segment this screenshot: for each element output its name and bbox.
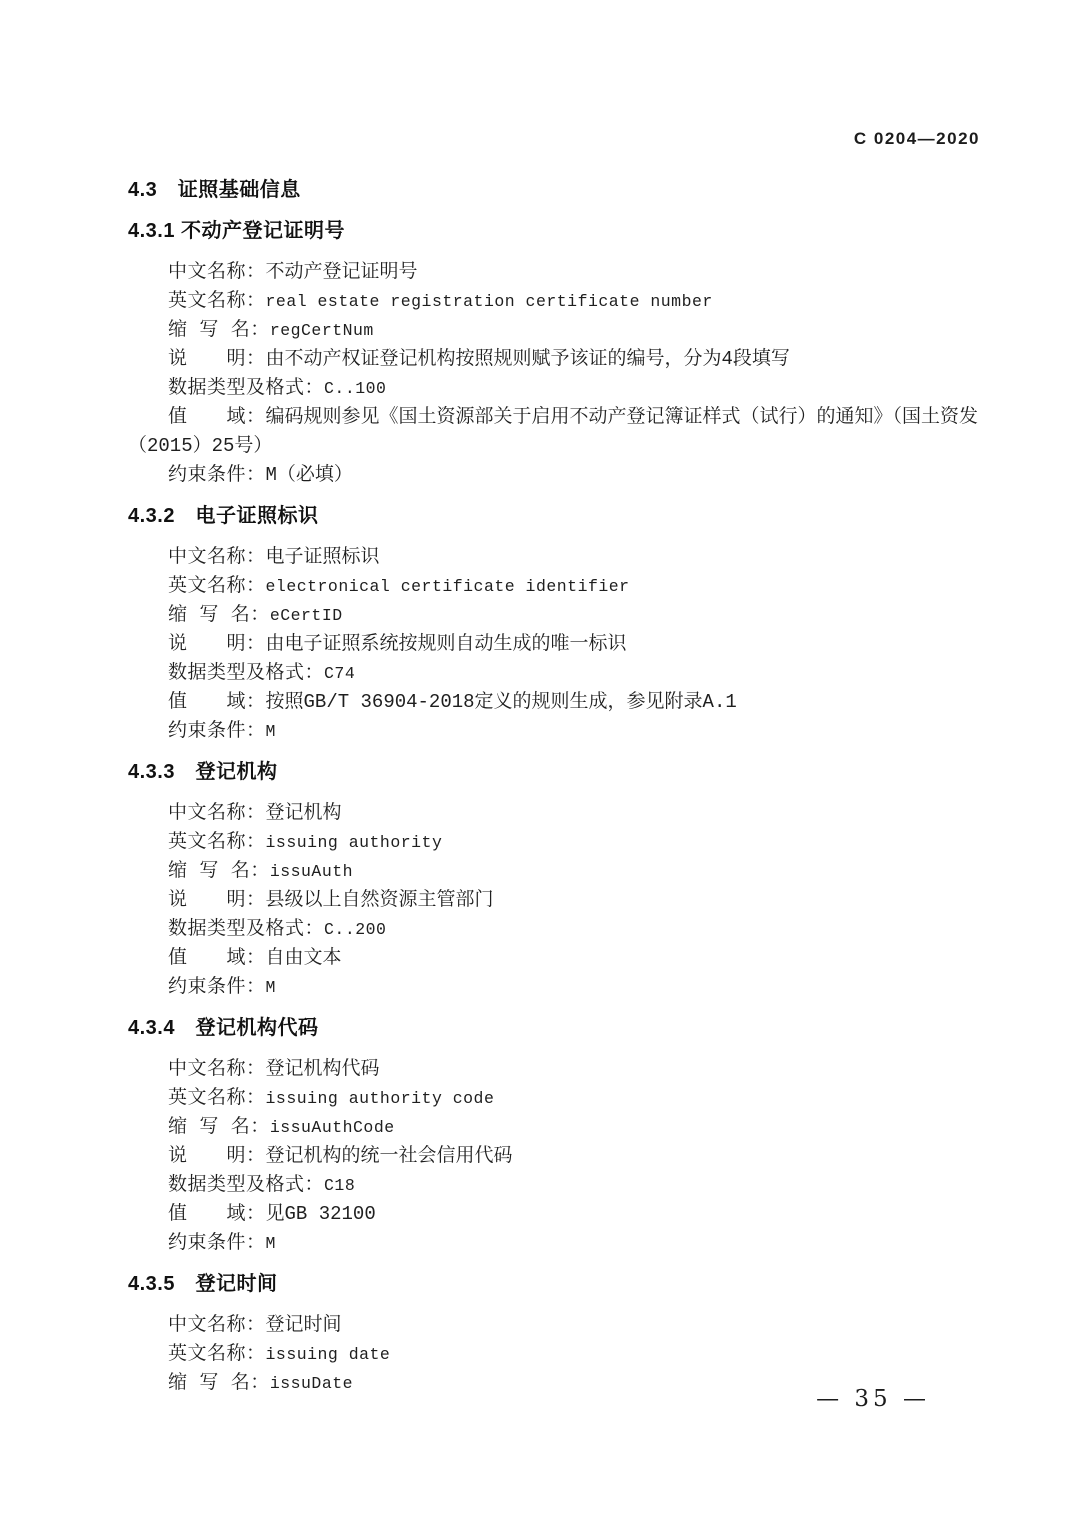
section: 4.3 证照基础信息 <box>128 176 988 205</box>
section-heading: 4.3.1 不动产登记证明号 <box>128 217 988 246</box>
field-label: 英文名称： <box>168 1087 266 1109</box>
doc-number: C 0204—2020 <box>854 129 980 149</box>
field-continuation: （2015）25号） <box>128 432 988 461</box>
field-row: 中文名称：不动产登记证明号 <box>128 258 988 287</box>
field-label: 值 域： <box>168 691 266 713</box>
section-heading: 4.3 证照基础信息 <box>128 176 988 205</box>
field-value: 登记机构代码 <box>266 1058 380 1080</box>
field-value: 按照GB/T 36904-2018定义的规则生成，参见附录A.1 <box>266 691 737 713</box>
section-heading: 4.3.5 登记时间 <box>128 1270 988 1299</box>
field-row: 中文名称：登记机构 <box>128 799 988 828</box>
field-row: 值 域：编码规则参见《国土资源部关于启用不动产登记簿证样式（试行）的通知》（国土… <box>128 403 988 432</box>
field-label: 缩 写 名： <box>168 604 270 626</box>
field-value: C..100 <box>324 379 386 398</box>
field-row: 数据类型及格式：C74 <box>128 659 988 688</box>
field-value: M <box>266 978 276 997</box>
field-label: 值 域： <box>168 1203 266 1225</box>
field-row: 数据类型及格式：C..200 <box>128 915 988 944</box>
section-heading: 4.3.3 登记机构 <box>128 758 988 787</box>
field-label: 中文名称： <box>168 802 266 824</box>
field-value: 由不动产权证登记机构按照规则赋予该证的编号，分为4段填写 <box>266 348 790 370</box>
section: 4.3.2 电子证照标识中文名称：电子证照标识英文名称：electronical… <box>128 502 988 746</box>
field-value: issuing date <box>266 1345 391 1364</box>
field-value: M <box>266 1234 276 1253</box>
field-value: C18 <box>324 1176 355 1195</box>
section: 4.3.4 登记机构代码中文名称：登记机构代码英文名称：issuing auth… <box>128 1014 988 1258</box>
field-row: 中文名称：登记机构代码 <box>128 1055 988 1084</box>
field-label: 数据类型及格式： <box>168 662 324 684</box>
field-value: 编码规则参见《国土资源部关于启用不动产登记簿证样式（试行）的通知》（国土资发 <box>266 406 979 428</box>
field-row: 说 明：登记机构的统一社会信用代码 <box>128 1142 988 1171</box>
field-label: 说 明： <box>168 889 266 911</box>
field-row: 约束条件：M <box>128 717 988 746</box>
field-value: eCertID <box>270 606 343 625</box>
field-label: 缩 写 名： <box>168 1116 270 1138</box>
field-label: 数据类型及格式： <box>168 918 324 940</box>
field-value: issuAuthCode <box>270 1118 395 1137</box>
field-value: M（必填） <box>266 464 353 486</box>
field-label: 英文名称： <box>168 290 266 312</box>
field-row: 英文名称：issuing authority <box>128 828 988 857</box>
field-label: 约束条件： <box>168 976 266 998</box>
page-number: — 35 — <box>816 1386 930 1412</box>
field-value: 登记机构 <box>266 802 342 824</box>
field-label: 中文名称： <box>168 1314 266 1336</box>
field-row: 缩 写 名：issuAuthCode <box>128 1113 988 1142</box>
field-value: regCertNum <box>270 321 374 340</box>
field-value: electronical certificate identifier <box>266 577 630 596</box>
field-row: 英文名称：issuing authority code <box>128 1084 988 1113</box>
field-row: 说 明：由电子证照系统按规则自动生成的唯一标识 <box>128 630 988 659</box>
field-label: 值 域： <box>168 406 266 428</box>
document-content: 4.3 证照基础信息4.3.1 不动产登记证明号中文名称：不动产登记证明号英文名… <box>128 0 988 1398</box>
field-value: 不动产登记证明号 <box>266 261 418 283</box>
field-label: 说 明： <box>168 1145 266 1167</box>
field-label: 缩 写 名： <box>168 319 270 341</box>
field-value: issuAuth <box>270 862 353 881</box>
field-label: 英文名称： <box>168 575 266 597</box>
field-row: 说 明：由不动产权证登记机构按照规则赋予该证的编号，分为4段填写 <box>128 345 988 374</box>
section-heading: 4.3.4 登记机构代码 <box>128 1014 988 1043</box>
field-label: 说 明： <box>168 348 266 370</box>
field-label: 值 域： <box>168 947 266 969</box>
field-label: 约束条件： <box>168 1232 266 1254</box>
field-value: issuDate <box>270 1374 353 1393</box>
field-value: C74 <box>324 664 355 683</box>
field-row: 中文名称：电子证照标识 <box>128 543 988 572</box>
field-row: 值 域：自由文本 <box>128 944 988 973</box>
section-heading: 4.3.2 电子证照标识 <box>128 502 988 531</box>
field-label: 缩 写 名： <box>168 860 270 882</box>
field-value: M <box>266 722 276 741</box>
field-label: 约束条件： <box>168 720 266 742</box>
field-value: 见GB 32100 <box>266 1203 376 1225</box>
field-row: 英文名称：issuing date <box>128 1340 988 1369</box>
field-label: 约束条件： <box>168 464 266 486</box>
field-row: 值 域：见GB 32100 <box>128 1200 988 1229</box>
field-label: 英文名称： <box>168 831 266 853</box>
document-page: C 0204—2020 4.3 证照基础信息4.3.1 不动产登记证明号中文名称… <box>0 0 1080 1527</box>
field-row: 约束条件：M <box>128 973 988 1002</box>
field-row: 约束条件：M <box>128 1229 988 1258</box>
field-value: 登记机构的统一社会信用代码 <box>266 1145 513 1167</box>
field-row: 约束条件：M（必填） <box>128 461 988 490</box>
field-value: issuing authority <box>266 833 443 852</box>
field-label: 中文名称： <box>168 261 266 283</box>
field-row: 缩 写 名：issuAuth <box>128 857 988 886</box>
field-value: 自由文本 <box>266 947 342 969</box>
section: 4.3.3 登记机构中文名称：登记机构英文名称：issuing authorit… <box>128 758 988 1002</box>
field-value: 由电子证照系统按规则自动生成的唯一标识 <box>266 633 627 655</box>
field-row: 缩 写 名：regCertNum <box>128 316 988 345</box>
field-label: 数据类型及格式： <box>168 377 324 399</box>
field-row: 数据类型及格式：C18 <box>128 1171 988 1200</box>
field-label: 中文名称： <box>168 546 266 568</box>
field-label: 数据类型及格式： <box>168 1174 324 1196</box>
field-row: 中文名称：登记时间 <box>128 1311 988 1340</box>
section: 4.3.1 不动产登记证明号中文名称：不动产登记证明号英文名称：real est… <box>128 217 988 490</box>
field-label: 缩 写 名： <box>168 1372 270 1394</box>
field-row: 值 域：按照GB/T 36904-2018定义的规则生成，参见附录A.1 <box>128 688 988 717</box>
field-value: issuing authority code <box>266 1089 495 1108</box>
field-row: 缩 写 名：eCertID <box>128 601 988 630</box>
field-label: 英文名称： <box>168 1343 266 1365</box>
field-value: 登记时间 <box>266 1314 342 1336</box>
section: 4.3.5 登记时间中文名称：登记时间英文名称：issuing date缩 写 … <box>128 1270 988 1398</box>
field-row: 说 明：县级以上自然资源主管部门 <box>128 886 988 915</box>
field-row: 数据类型及格式：C..100 <box>128 374 988 403</box>
field-row: 英文名称：real estate registration certificat… <box>128 287 988 316</box>
field-value: 电子证照标识 <box>266 546 380 568</box>
field-value: 县级以上自然资源主管部门 <box>266 889 494 911</box>
field-row: 英文名称：electronical certificate identifier <box>128 572 988 601</box>
field-value: C..200 <box>324 920 386 939</box>
field-label: 说 明： <box>168 633 266 655</box>
field-value: real estate registration certificate num… <box>266 292 713 311</box>
field-label: 中文名称： <box>168 1058 266 1080</box>
